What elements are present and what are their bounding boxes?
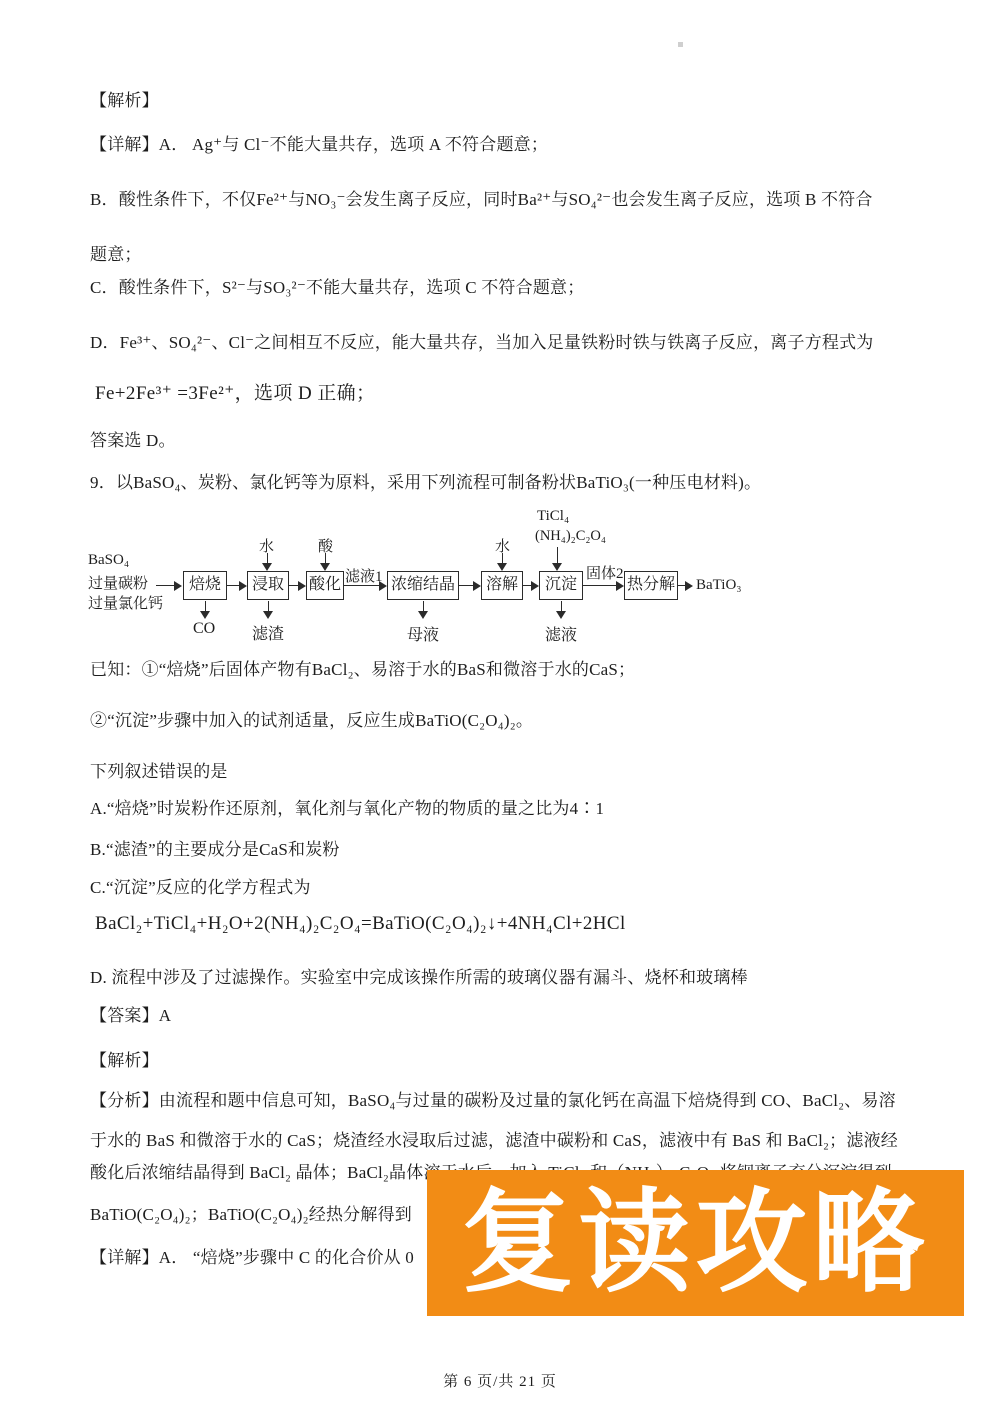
output-filtrate-line xyxy=(561,601,562,611)
explanation-option-b-line2: 题意； xyxy=(90,240,142,265)
flow-box-acidify: 酸化 xyxy=(306,571,344,600)
input-ticl4-head xyxy=(552,563,562,571)
output-label-residue: 滤渣 xyxy=(252,621,284,644)
output-mother-liquor-line xyxy=(423,601,424,611)
input-water1-head xyxy=(262,563,272,571)
option-d: D. 流程中涉及了过滤操作。实验室中完成该操作所需的玻璃仪器有漏斗、烧杯和玻璃棒 xyxy=(90,963,748,988)
arrow-concentrate-dissolve-line xyxy=(459,585,474,586)
flow-box-leach: 浸取 xyxy=(247,571,289,600)
explanation-option-d-line1: D．Fe³⁺、SO₄²⁻、Cl⁻之间相互不反应，能大量共存，当加入足量铁粉时铁与… xyxy=(90,328,874,353)
flow-box-precipitate: 沉淀 xyxy=(539,571,583,600)
known-info-1: 已知：①“焙烧”后固体产物有BaCl₂、易溶于水的BaS和微溶于水的CaS； xyxy=(90,655,635,680)
option-a: A.“焙烧”时炭粉作还原剂，氧化剂与氧化产物的物质的量之比为4∶1 xyxy=(90,794,604,819)
analysis-line4: BaTiO(C₂O₄)₂；BaTiO(C₂O₄)₂经热分解得到 xyxy=(90,1200,412,1225)
flow-box-concentrate: 浓缩结晶 xyxy=(387,571,459,600)
product-label-batio3: BaTiO₃ xyxy=(696,577,742,594)
question-prompt: 下列叙述错误的是 xyxy=(90,757,228,782)
arrow-roast-leach-line xyxy=(227,585,239,586)
analysis-line2: 于水的 BaS 和微溶于水的 CaS；烧渣经水浸取后过滤，滤渣中碳粉和 CaS，… xyxy=(90,1126,898,1151)
exam-paper-page: 【解析】 【详解】A． Ag⁺与 Cl⁻不能大量共存，选项 A 不符合题意； B… xyxy=(0,0,1000,1414)
input-water2-head xyxy=(497,563,507,571)
question-9-stem: 9．以BaSO₄、炭粉、氯化钙等为原料，采用下列流程可制备粉状BaTiO₃(一种… xyxy=(90,468,761,493)
feed-arrow-head xyxy=(174,581,182,591)
scan-artifact-dot xyxy=(678,42,683,47)
flow-box-decompose: 热分解 xyxy=(624,571,678,600)
input-water1-line xyxy=(267,553,268,563)
input-label-ticl4: TiCl₄ xyxy=(537,508,569,525)
analysis-header-q9: 【解析】 xyxy=(90,1046,159,1071)
analysis-header-q8: 【解析】 xyxy=(90,86,159,111)
watermark-text: 复读攻略 xyxy=(462,1187,930,1299)
output-label-mother-liquor: 母液 xyxy=(407,622,439,645)
output-co-line xyxy=(205,601,206,611)
feed-label-carbon: 过量碳粉 xyxy=(88,572,148,593)
output-co-head xyxy=(200,611,210,619)
input-ticl4-line xyxy=(557,547,558,563)
feed-label-baso4: BaSO₄ xyxy=(88,552,129,569)
output-filtrate-head xyxy=(556,611,566,619)
flow-box-roast: 焙烧 xyxy=(183,571,227,600)
input-acid-head xyxy=(320,563,330,571)
feed-arrow-line xyxy=(156,585,174,586)
output-label-filtrate: 滤液 xyxy=(545,622,577,645)
arrow-dissolve-precipitate-head xyxy=(531,581,539,591)
input-acid-line xyxy=(325,553,326,563)
arrow-concentrate-dissolve-head xyxy=(473,581,481,591)
input-water2-line xyxy=(502,553,503,563)
option-c: C.“沉淀”反应的化学方程式为 xyxy=(90,873,311,898)
answer-q9: 【答案】A xyxy=(90,1001,171,1026)
flow-box-dissolve: 溶解 xyxy=(481,571,523,600)
page-footer: 第 6 页/共 21 页 xyxy=(0,1370,1000,1391)
analysis-line1: 【分析】由流程和题中信息可知，BaSO₄与过量的碳粉及过量的氯化钙在高温下焙烧得… xyxy=(90,1086,896,1111)
explanation-option-c: C．酸性条件下，S²⁻与SO₃²⁻不能大量共存，选项 C 不符合题意； xyxy=(90,273,584,298)
explanation-option-a: 【详解】A． Ag⁺与 Cl⁻不能大量共存，选项 A 不符合题意； xyxy=(90,130,548,155)
arrow-decompose-product-head xyxy=(685,581,693,591)
watermark-banner: 复读攻略 xyxy=(427,1170,964,1316)
option-c-equation: BaCl₂+TiCl₄+H₂O+2(NH₄)₂C₂O₄=BaTiO(C₂O₄)₂… xyxy=(95,913,626,935)
output-residue-line xyxy=(268,601,269,611)
arrow-roast-leach-head xyxy=(239,581,247,591)
option-b: B.“滤渣”的主要成分是CaS和炭粉 xyxy=(90,835,340,860)
known-info-2: ②“沉淀”步骤中加入的试剂适量，反应生成BaTiO(C₂O₄)₂。 xyxy=(90,706,533,731)
arrow-leach-acidify-head xyxy=(298,581,306,591)
output-mother-liquor-head xyxy=(418,611,428,619)
ionic-equation-fe: Fe+2Fe³⁺ =3Fe²⁺，选项 D 正确； xyxy=(95,378,375,405)
output-label-co: CO xyxy=(193,620,215,638)
input-label-oxalate: (NH₄)₂C₂O₄ xyxy=(535,528,606,545)
stream-label-solid2: 固体2 xyxy=(586,562,624,583)
explanation-q9-line: 【详解】A． “焙烧”步骤中 C 的化合价从 0 xyxy=(90,1243,414,1268)
explanation-option-b-line1: B．酸性条件下，不仅Fe²⁺与NO₃⁻会发生离子反应，同时Ba²⁺与SO₄²⁻也… xyxy=(90,185,873,210)
answer-statement-q8: 答案选 D。 xyxy=(90,426,176,451)
feed-label-cacl2: 过量氯化钙 xyxy=(88,592,163,613)
arrow-precipitate-decompose-line xyxy=(583,585,617,586)
stream-label-filtrate1: 滤液1 xyxy=(345,565,383,586)
output-residue-head xyxy=(263,611,273,619)
